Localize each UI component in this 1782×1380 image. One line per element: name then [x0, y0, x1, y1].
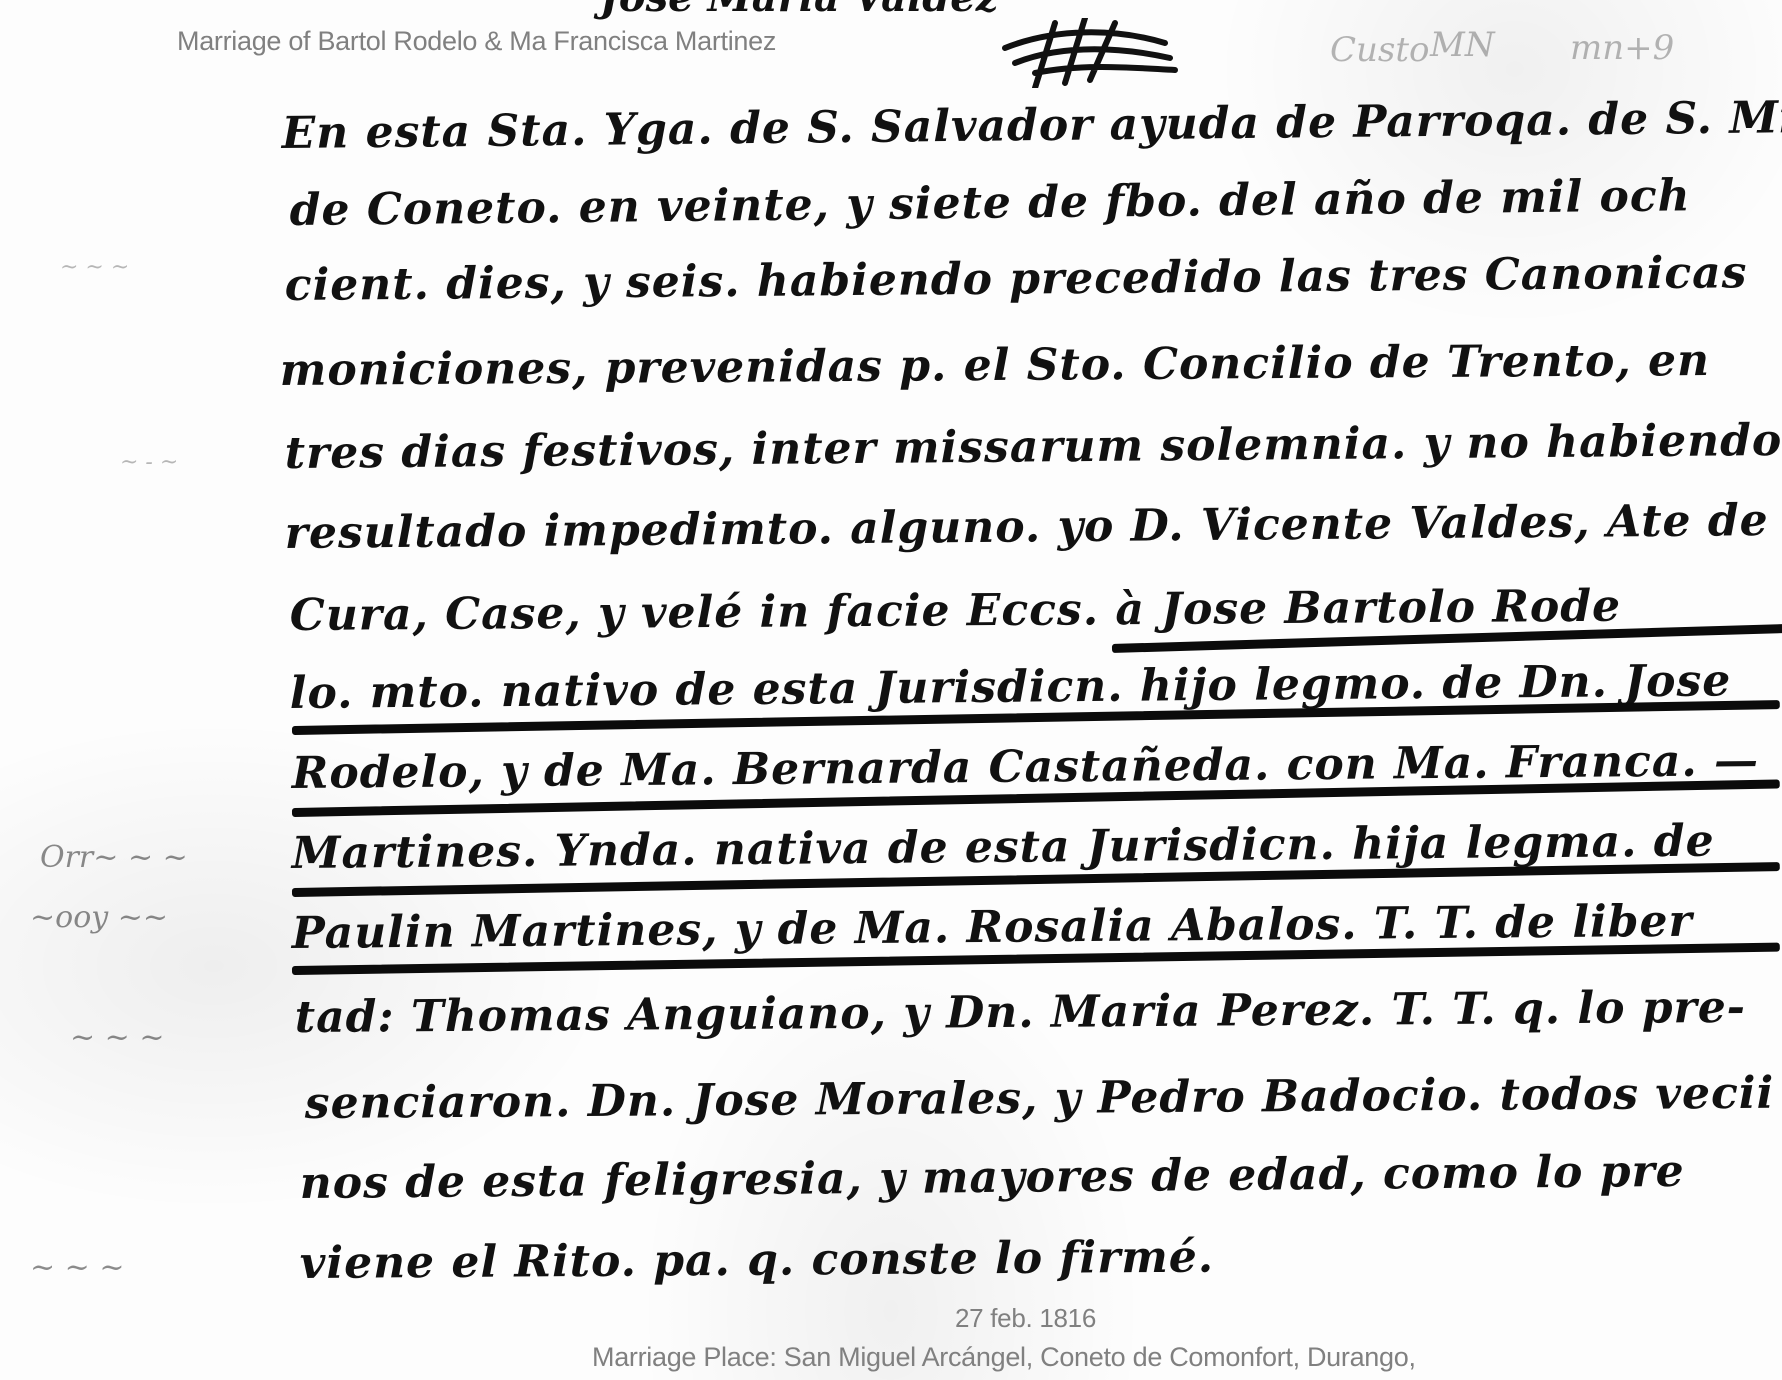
handwritten-line-3: cient. dies, y seis. habiendo precedido …: [285, 247, 1748, 311]
bleed-mark: ~ooy ~~: [30, 900, 168, 935]
handwritten-line-7: Cura, Case, y velé in facie Eccs. à Jose…: [290, 581, 1622, 641]
record-place: Marriage Place: San Miguel Arcángel, Con…: [592, 1342, 1416, 1373]
record-title: Marriage of Bartol Rodelo & Ma Francisca…: [177, 26, 776, 57]
document-scan: Jose Maria Valdez Custo MN mn+9 ~ ~ ~ ~ …: [0, 0, 1782, 1380]
bleed-mark: ~ - ~: [120, 450, 178, 475]
heading-fragment: Jose Maria Valdez: [600, 0, 998, 21]
handwritten-line-2: de Coneto. en veinte, y siete de fbo. de…: [289, 170, 1690, 236]
bleed-mark: Orr~ ~ ~: [40, 840, 188, 875]
bleed-mark: ~ ~ ~: [30, 1250, 124, 1285]
handwritten-line-6: resultado impedimto. alguno. yo D. Vicen…: [285, 495, 1769, 559]
handwritten-line-14: nos de esta feligresia, y mayores de eda…: [300, 1146, 1685, 1209]
bleed-mark: ~ ~ ~: [70, 1020, 164, 1055]
handwritten-line-13: senciaron. Dn. Jose Morales, y Pedro Bad…: [305, 1068, 1775, 1129]
bleed-mark: ~ ~ ~: [60, 255, 129, 280]
record-date: 27 feb. 1816: [955, 1303, 1096, 1334]
margin-note: Custo: [1330, 30, 1430, 70]
margin-note: mn+9: [1570, 28, 1674, 68]
margin-note: MN: [1430, 25, 1495, 65]
handwritten-line-5: tres dias festivos, inter missarum solem…: [285, 415, 1782, 479]
handwritten-line-1: En esta Sta. Yga. de S. Salvador ayuda d…: [281, 92, 1782, 159]
signature-rubric-icon: [995, 18, 1185, 88]
handwritten-line-12: tad: Thomas Anguiano, y Dn. Maria Perez.…: [295, 982, 1747, 1043]
handwritten-line-4: moniciones, prevenidas p. el Sto. Concil…: [280, 335, 1711, 396]
handwritten-line-15: viene el Rito. pa. q. conste lo firmé.: [300, 1232, 1215, 1289]
